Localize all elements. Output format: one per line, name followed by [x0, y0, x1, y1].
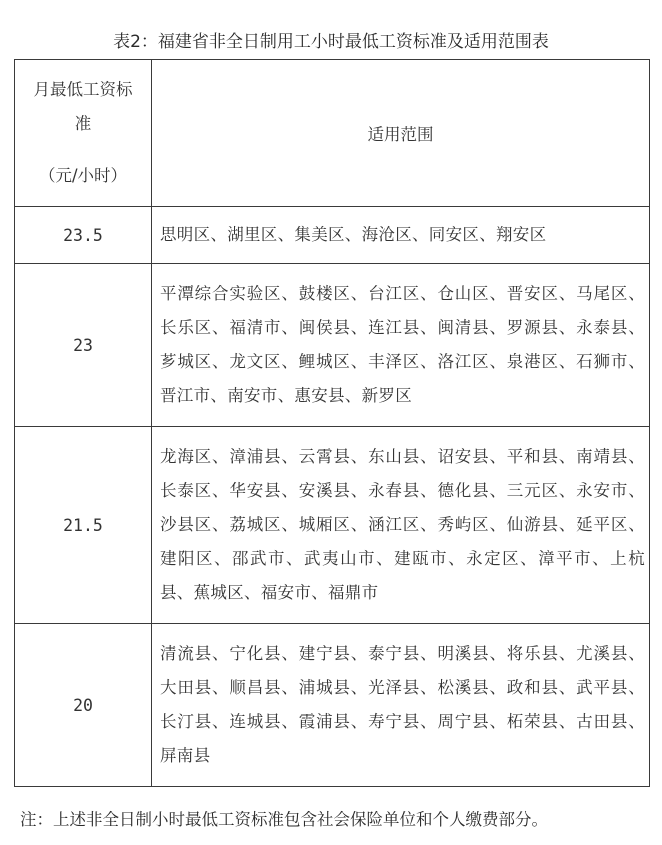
- scope-cell: 思明区、湖里区、集美区、海沧区、同安区、翔安区: [152, 207, 650, 264]
- rate-cell: 23: [15, 264, 152, 427]
- table-header-row: 月最低工资标 准 （元/小时） 适用范围: [15, 60, 650, 207]
- table-row: 20 清流县、宁化县、建宁县、泰宁县、明溪县、将乐县、尤溪县、大田县、顺昌县、浦…: [15, 624, 650, 787]
- minimum-wage-table: 月最低工资标 准 （元/小时） 适用范围 23.5 思明区、湖里区、集美区、海沧…: [14, 59, 650, 787]
- rate-cell: 23.5: [15, 207, 152, 264]
- header-scope-column: 适用范围: [152, 60, 650, 207]
- rate-cell: 21.5: [15, 427, 152, 624]
- header-rate-line-2: 准: [15, 107, 151, 141]
- table-row: 21.5 龙海区、漳浦县、云霄县、东山县、诏安县、平和县、南靖县、长泰区、华安县…: [15, 427, 650, 624]
- table-title: 表2：福建省非全日制用工小时最低工资标准及适用范围表: [0, 30, 662, 54]
- scope-cell: 平潭综合实验区、鼓楼区、台江区、仓山区、晋安区、马尾区、长乐区、福清市、闽侯县、…: [152, 264, 650, 427]
- table-row: 23.5 思明区、湖里区、集美区、海沧区、同安区、翔安区: [15, 207, 650, 264]
- footnote: 注：上述非全日制小时最低工资标准包含社会保险单位和个人缴费部分。: [20, 808, 548, 832]
- table-row: 23 平潭综合实验区、鼓楼区、台江区、仓山区、晋安区、马尾区、长乐区、福清市、闽…: [15, 264, 650, 427]
- header-rate-line-1: 月最低工资标: [15, 73, 151, 107]
- header-rate-column: 月最低工资标 准 （元/小时）: [15, 60, 152, 207]
- scope-cell: 清流县、宁化县、建宁县、泰宁县、明溪县、将乐县、尤溪县、大田县、顺昌县、浦城县、…: [152, 624, 650, 787]
- header-rate-unit: （元/小时）: [15, 159, 151, 193]
- scope-cell: 龙海区、漳浦县、云霄县、东山县、诏安县、平和县、南靖县、长泰区、华安县、安溪县、…: [152, 427, 650, 624]
- rate-cell: 20: [15, 624, 152, 787]
